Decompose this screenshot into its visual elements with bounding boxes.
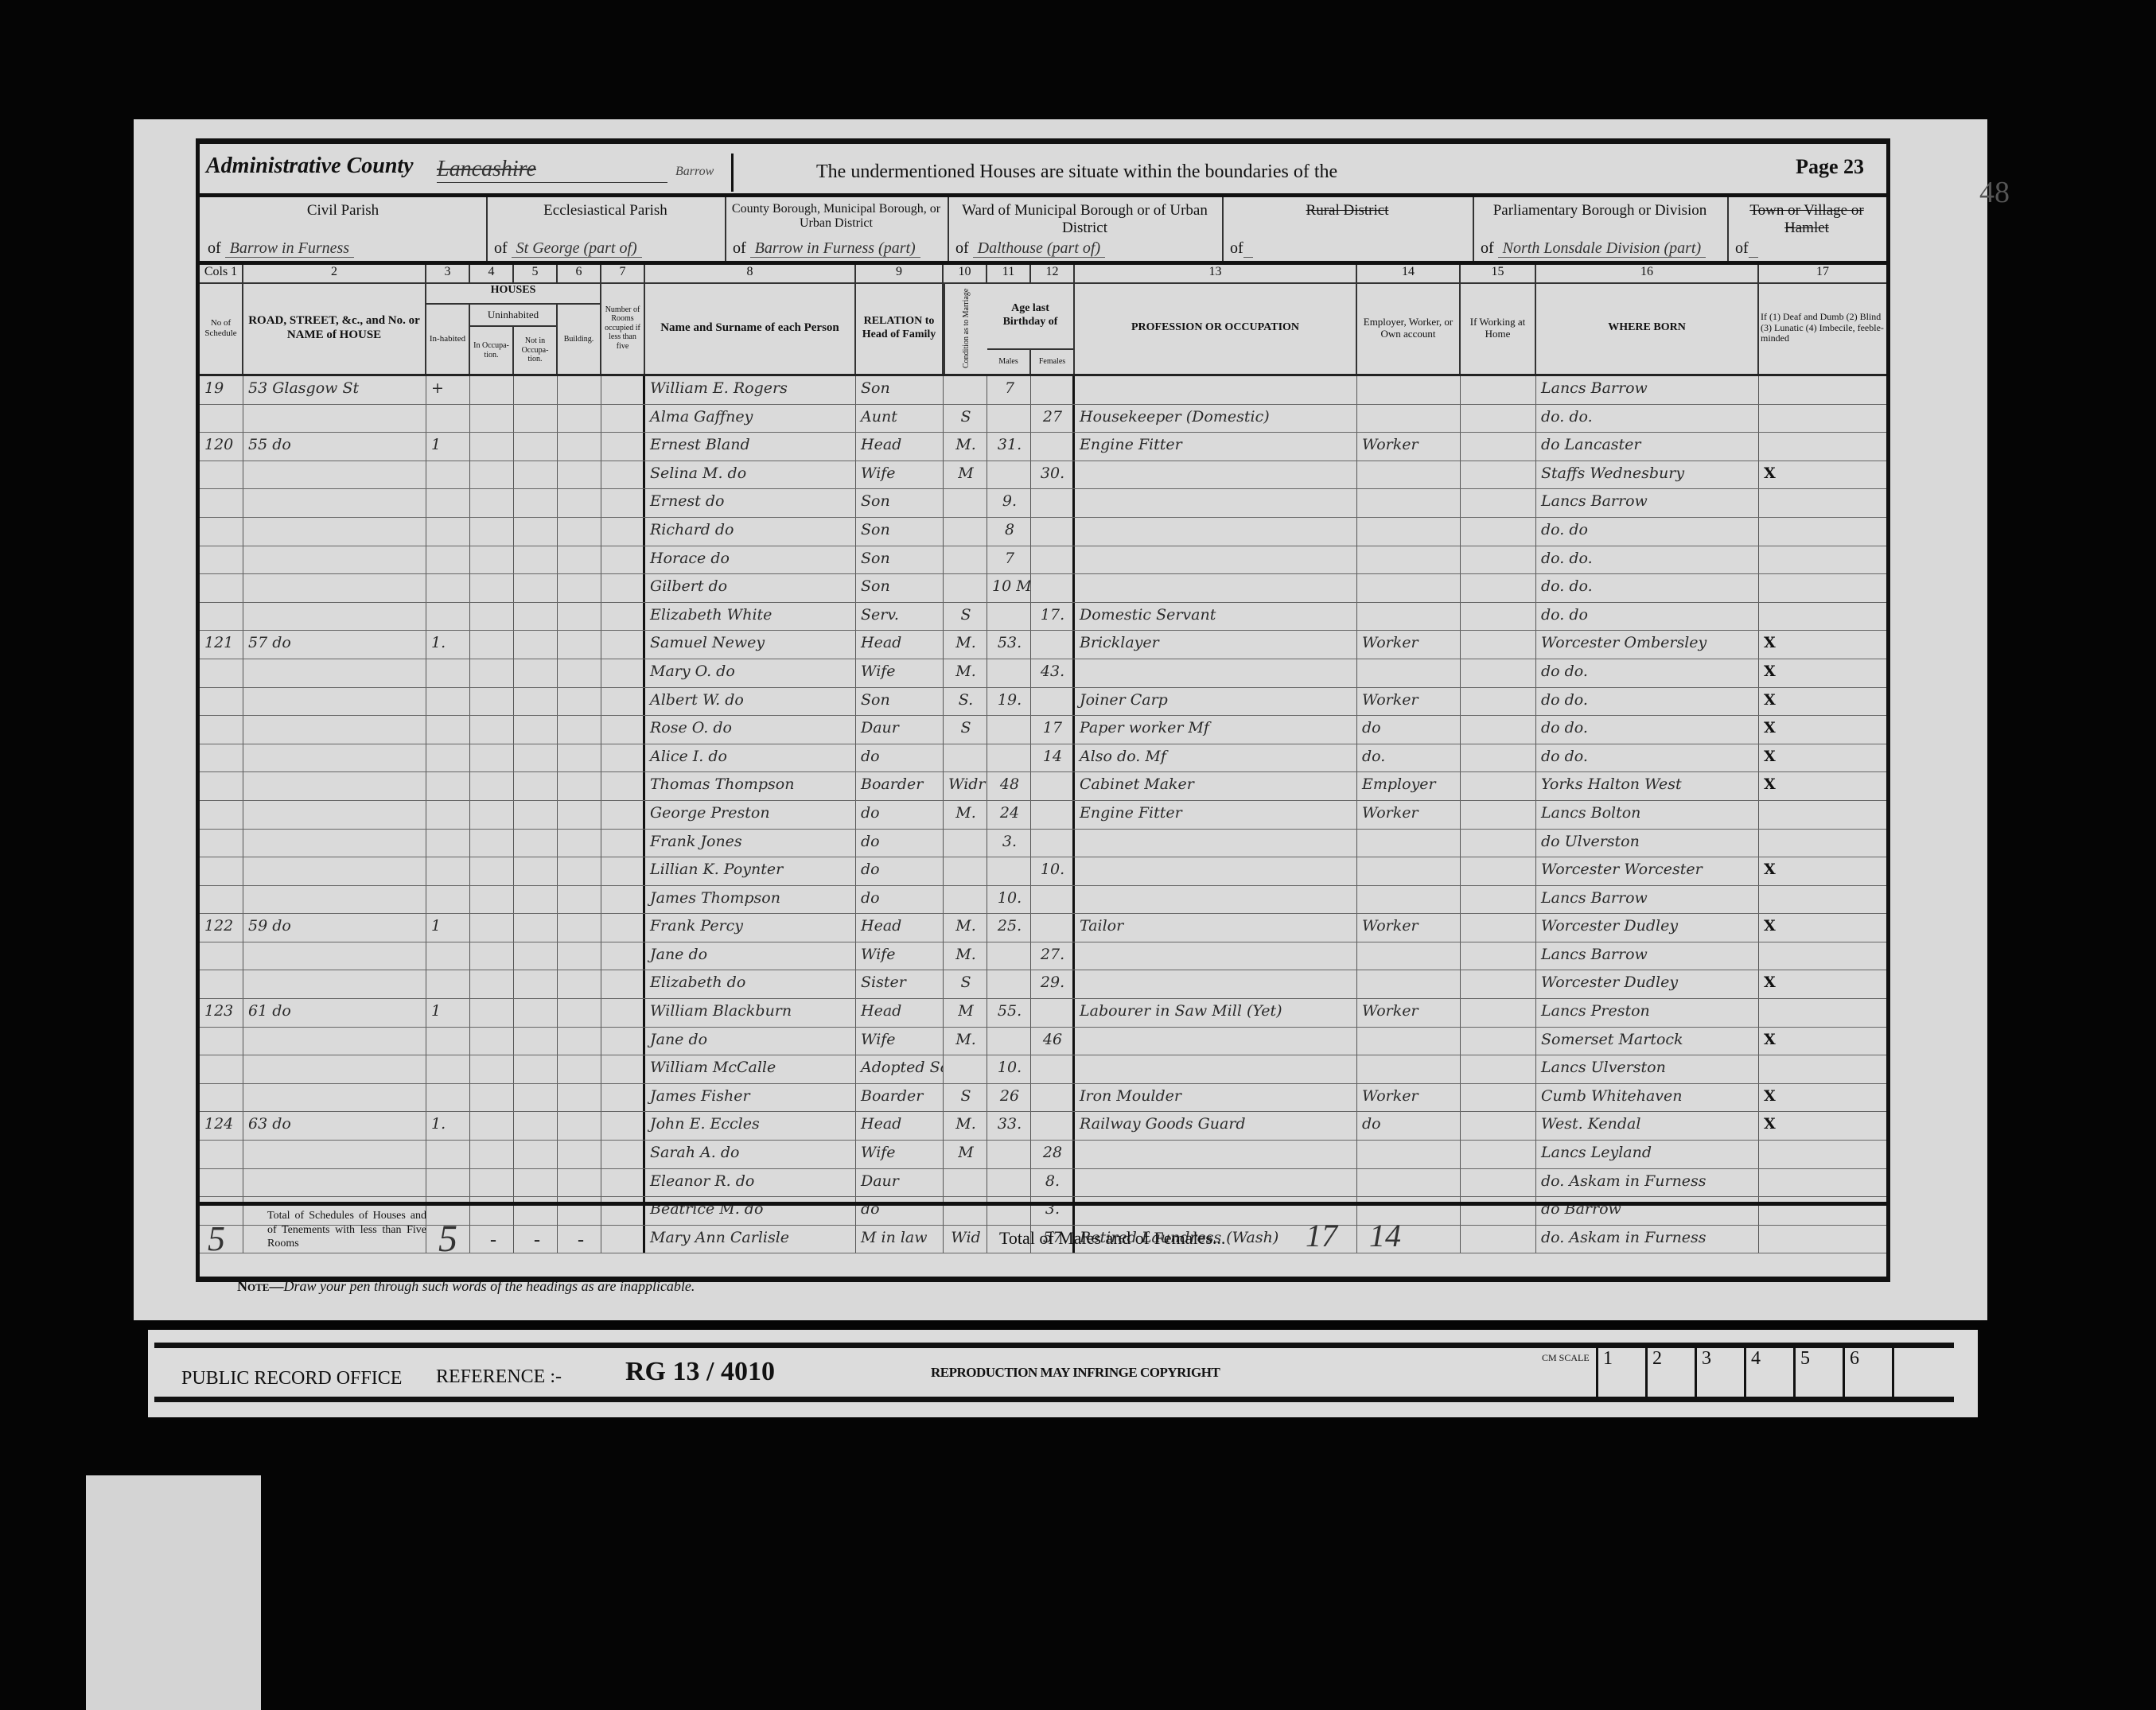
in-occupation-cell [470, 1112, 514, 1140]
rural-district: Rural District of [1222, 197, 1474, 261]
form-note: Note—Draw your pen through such words of… [237, 1278, 695, 1295]
female-age-cell [1031, 1055, 1075, 1083]
inhabited-cell [426, 1141, 470, 1168]
address-cell [243, 830, 426, 857]
infirmity-cell [1759, 886, 1886, 914]
not-in-occupation-cell [514, 631, 558, 659]
rooms-cell [601, 518, 645, 546]
in-occupation-cell [470, 772, 514, 800]
at-home-cell [1461, 405, 1536, 433]
not-in-occupation-cell [514, 1112, 558, 1140]
name-cell: Ernest do [645, 489, 856, 517]
infirmity-cell [1759, 999, 1886, 1027]
at-home-cell [1461, 574, 1536, 602]
name-cell: Mary O. do [645, 659, 856, 687]
at-home-cell [1461, 830, 1536, 857]
in-occupation-cell [470, 970, 514, 998]
relation-cell: Daur [856, 1169, 944, 1197]
at-home-cell [1461, 518, 1536, 546]
at-home-cell [1461, 1141, 1536, 1168]
occupation-cell: Bricklayer [1075, 631, 1357, 659]
birthplace-cell: Lancs Leyland [1536, 1141, 1759, 1168]
address-cell: 59 do [243, 914, 426, 942]
birthplace-cell: do do. [1536, 688, 1759, 716]
rooms-cell [601, 659, 645, 687]
male-age-cell: 7 [987, 376, 1031, 404]
total-males: 17 [1306, 1217, 1337, 1254]
condition-cell: M [944, 1141, 987, 1168]
form-title-row: Administrative County Lancashire Barrow … [200, 144, 1886, 197]
name-cell: Gilbert do [645, 574, 856, 602]
rooms-cell [601, 999, 645, 1027]
at-home-cell [1461, 1084, 1536, 1112]
table-row: Selina M. doWifeM30.Staffs WednesburyX [200, 461, 1886, 490]
female-age-cell: 27. [1031, 942, 1075, 970]
female-age-cell: 27 [1031, 405, 1075, 433]
in-occupation-cell [470, 744, 514, 772]
male-age-cell: 8 [987, 518, 1031, 546]
condition-cell [944, 744, 987, 772]
schedule-cell [200, 857, 243, 885]
at-home-cell [1461, 942, 1536, 970]
birthplace-cell: do. do. [1536, 546, 1759, 574]
in-occupation-cell [470, 659, 514, 687]
address-cell [243, 886, 426, 914]
table-row: Richard doSon8do. do [200, 518, 1886, 546]
at-home-cell [1461, 1112, 1536, 1140]
name-cell: Lillian K. Poynter [645, 857, 856, 885]
at-home-cell [1461, 546, 1536, 574]
not-in-occupation-cell [514, 376, 558, 404]
county-borough-value: Barrow in Furness (part) [750, 239, 920, 258]
infirmity-cell [1759, 1141, 1886, 1168]
table-row: Jane doWifeM.27.Lancs Barrow [200, 942, 1886, 971]
name-cell: Frank Percy [645, 914, 856, 942]
schedule-cell: 19 [200, 376, 243, 404]
building-cell [558, 405, 601, 433]
schedule-cell [200, 801, 243, 829]
relation-cell: Son [856, 546, 944, 574]
address-cell [243, 1028, 426, 1055]
name-cell: Selina M. do [645, 461, 856, 489]
employer-cell [1357, 376, 1461, 404]
relation-cell: Adopted Son [856, 1055, 944, 1083]
female-age-cell: 28 [1031, 1141, 1075, 1168]
not-in-occupation-cell [514, 489, 558, 517]
address-cell [243, 518, 426, 546]
rooms-cell [601, 744, 645, 772]
male-age-cell: 55. [987, 999, 1031, 1027]
inhabited-cell [426, 574, 470, 602]
at-home-cell [1461, 801, 1536, 829]
infirmity-cell: X [1759, 1028, 1886, 1055]
condition-cell [944, 546, 987, 574]
not-in-occupation-cell [514, 433, 558, 461]
occupation-cell [1075, 1028, 1357, 1055]
office-label: PUBLIC RECORD OFFICE [181, 1368, 402, 1389]
building-cell [558, 688, 601, 716]
address-cell [243, 405, 426, 433]
in-occupation-cell [470, 716, 514, 744]
not-in-occupation-cell [514, 801, 558, 829]
archive-reference-strip: PUBLIC RECORD OFFICE REFERENCE :- RG 13 … [148, 1330, 1978, 1417]
schedule-cell [200, 489, 243, 517]
inhabited-cell: 1 [426, 433, 470, 461]
inhabited-cell [426, 744, 470, 772]
inhabited-cell [426, 716, 470, 744]
birthplace-cell: do. do. [1536, 574, 1759, 602]
in-occupation-cell [470, 886, 514, 914]
relation-cell: Wife [856, 1028, 944, 1055]
inhabited-cell [426, 659, 470, 687]
condition-cell: M. [944, 631, 987, 659]
name-cell: Sarah A. do [645, 1141, 856, 1168]
employer-cell [1357, 830, 1461, 857]
occupation-cell: Joiner Carp [1075, 688, 1357, 716]
schedule-cell [200, 942, 243, 970]
at-home-cell [1461, 716, 1536, 744]
at-home-cell [1461, 886, 1536, 914]
reference-label: REFERENCE :- [436, 1366, 562, 1388]
not-in-occupation-cell [514, 659, 558, 687]
occupation-cell [1075, 461, 1357, 489]
rooms-cell [601, 830, 645, 857]
table-row: 1953 Glasgow St+William E. RogersSon7Lan… [200, 376, 1886, 405]
table-row: 12259 do1Frank PercyHeadM.25.TailorWorke… [200, 914, 1886, 942]
birthplace-cell: Lancs Bolton [1536, 801, 1759, 829]
schedule-cell [200, 772, 243, 800]
relation-cell: Son [856, 574, 944, 602]
not-in-occupation-cell [514, 999, 558, 1027]
total-not-in-occupation: - [534, 1230, 540, 1251]
relation-cell: do [856, 857, 944, 885]
not-in-occupation-cell [514, 744, 558, 772]
totals-row: 5 Total of Schedules of Houses and of Te… [200, 1202, 1886, 1276]
birthplace-cell: Worcester Worcester [1536, 857, 1759, 885]
at-home-cell [1461, 914, 1536, 942]
administrative-county: Administrative County Lancashire Barrow [206, 154, 734, 192]
rooms-cell [601, 716, 645, 744]
birthplace-cell: Yorks Halton West [1536, 772, 1759, 800]
name-cell: Samuel Newey [645, 631, 856, 659]
occupation-cell: Domestic Servant [1075, 603, 1357, 631]
relation-cell: Son [856, 489, 944, 517]
female-age-cell: 46 [1031, 1028, 1075, 1055]
occupation-cell: Labourer in Saw Mill (Yet) [1075, 999, 1357, 1027]
table-row: Elizabeth doSisterS29.Worcester DudleyX [200, 970, 1886, 999]
schedule-cell: 120 [200, 433, 243, 461]
address-cell [243, 574, 426, 602]
not-in-occupation-cell [514, 1169, 558, 1197]
female-age-cell [1031, 631, 1075, 659]
occupation-cell [1075, 830, 1357, 857]
occupation-cell [1075, 970, 1357, 998]
address-cell: 61 do [243, 999, 426, 1027]
building-cell [558, 716, 601, 744]
relation-cell: Sister [856, 970, 944, 998]
schedule-cell [200, 688, 243, 716]
in-occupation-cell [470, 461, 514, 489]
building-cell [558, 603, 601, 631]
birthplace-cell: Lancs Barrow [1536, 376, 1759, 404]
building-cell [558, 886, 601, 914]
building-cell [558, 489, 601, 517]
relation-cell: Son [856, 376, 944, 404]
in-occupation-cell [470, 801, 514, 829]
schedule-cell [200, 1141, 243, 1168]
rooms-cell [601, 970, 645, 998]
birthplace-cell: Staffs Wednesbury [1536, 461, 1759, 489]
civil-parish-value: Barrow in Furness [225, 239, 354, 258]
employer-cell [1357, 461, 1461, 489]
building-cell [558, 659, 601, 687]
occupation-cell [1075, 1055, 1357, 1083]
schedule-cell [200, 970, 243, 998]
table-row: Alma GaffneyAuntS27Housekeeper (Domestic… [200, 405, 1886, 433]
not-in-occupation-cell [514, 857, 558, 885]
male-age-cell: 10. [987, 1055, 1031, 1083]
schedule-cell: 121 [200, 631, 243, 659]
table-row: Alice I. dodo14Also do. Mfdo.do do.X [200, 744, 1886, 773]
female-age-cell [1031, 546, 1075, 574]
administrative-county-label: Administrative County [206, 154, 414, 178]
administrative-county-value: Lancashire [437, 157, 667, 183]
reference-number: RG 13 / 4010 [625, 1357, 775, 1387]
table-row: Frank Jonesdo3.do Ulverston [200, 830, 1886, 858]
condition-cell [944, 376, 987, 404]
table-row: George PrestondoM.24Engine FitterWorkerL… [200, 801, 1886, 830]
occupation-cell [1075, 886, 1357, 914]
male-age-cell [987, 857, 1031, 885]
birthplace-cell: do do. [1536, 659, 1759, 687]
employer-cell: do. [1357, 744, 1461, 772]
birthplace-cell: Lancs Ulverston [1536, 1055, 1759, 1083]
infirmity-cell [1759, 405, 1886, 433]
condition-cell: M. [944, 1028, 987, 1055]
at-home-cell [1461, 461, 1536, 489]
total-males-females-label: Total of Males and of Females... [999, 1228, 1225, 1249]
employer-cell [1357, 489, 1461, 517]
infirmity-cell: X [1759, 857, 1886, 885]
inhabited-cell [426, 801, 470, 829]
female-age-cell: 29. [1031, 970, 1075, 998]
not-in-occupation-cell [514, 886, 558, 914]
in-occupation-cell [470, 574, 514, 602]
birthplace-cell: West. Kendal [1536, 1112, 1759, 1140]
name-cell: Elizabeth White [645, 603, 856, 631]
employer-cell [1357, 1169, 1461, 1197]
at-home-cell [1461, 1028, 1536, 1055]
relation-cell: Serv. [856, 603, 944, 631]
inhabited-cell [426, 1084, 470, 1112]
in-occupation-cell [470, 942, 514, 970]
rooms-cell [601, 1084, 645, 1112]
table-row: 12463 do1.John E. EcclesHeadM.33.Railway… [200, 1112, 1886, 1141]
infirmity-cell: X [1759, 772, 1886, 800]
area-header-row: Civil Parish of Barrow in Furness Eccles… [200, 197, 1886, 265]
rooms-cell [601, 1169, 645, 1197]
condition-cell: S [944, 970, 987, 998]
occupation-cell [1075, 942, 1357, 970]
infirmity-cell [1759, 489, 1886, 517]
female-age-cell: 43. [1031, 659, 1075, 687]
name-cell: Albert W. do [645, 688, 856, 716]
inhabited-cell: 1. [426, 631, 470, 659]
male-age-cell: 3. [987, 830, 1031, 857]
female-age-cell [1031, 772, 1075, 800]
address-cell [243, 942, 426, 970]
table-row: James FisherBoarderS26Iron MoulderWorker… [200, 1084, 1886, 1113]
relation-cell: Wife [856, 461, 944, 489]
schedule-cell [200, 546, 243, 574]
inhabited-cell [426, 405, 470, 433]
employer-cell [1357, 1028, 1461, 1055]
condition-cell [944, 518, 987, 546]
not-in-occupation-cell [514, 970, 558, 998]
not-in-occupation-cell [514, 518, 558, 546]
census-sheet: 48 Administrative County Lancashire Barr… [134, 119, 1987, 1320]
birthplace-cell: Cumb Whitehaven [1536, 1084, 1759, 1112]
employer-cell [1357, 405, 1461, 433]
employer-cell [1357, 857, 1461, 885]
building-cell [558, 1028, 601, 1055]
birthplace-cell: do do. [1536, 716, 1759, 744]
total-building: - [578, 1230, 584, 1251]
address-cell [243, 716, 426, 744]
rooms-cell [601, 772, 645, 800]
not-in-occupation-cell [514, 914, 558, 942]
infirmity-cell [1759, 376, 1886, 404]
infirmity-cell [1759, 801, 1886, 829]
condition-cell: S [944, 1084, 987, 1112]
scale-mark: 1 [1596, 1348, 1645, 1397]
name-cell: William E. Rogers [645, 376, 856, 404]
female-age-cell [1031, 574, 1075, 602]
schedule-cell: 123 [200, 999, 243, 1027]
schedule-cell [200, 1055, 243, 1083]
table-row: William McCalleAdopted Son10.Lancs Ulver… [200, 1055, 1886, 1084]
occupation-cell: Engine Fitter [1075, 433, 1357, 461]
schedule-cell [200, 659, 243, 687]
relation-cell: do [856, 744, 944, 772]
birthplace-cell: do Lancaster [1536, 433, 1759, 461]
male-age-cell [987, 405, 1031, 433]
male-age-cell: 9. [987, 489, 1031, 517]
relation-cell: Son [856, 518, 944, 546]
occupation-cell [1075, 376, 1357, 404]
infirmity-cell [1759, 1055, 1886, 1083]
birthplace-cell: do do. [1536, 744, 1759, 772]
condition-cell: M. [944, 433, 987, 461]
total-in-occupation: - [490, 1230, 496, 1251]
county-borough: County Borough, Municipal Borough, or Ur… [725, 197, 949, 261]
address-cell [243, 461, 426, 489]
occupation-cell: Engine Fitter [1075, 801, 1357, 829]
birthplace-cell: Worcester Dudley [1536, 970, 1759, 998]
inhabited-cell [426, 942, 470, 970]
rooms-cell [601, 574, 645, 602]
address-cell [243, 801, 426, 829]
condition-cell [944, 857, 987, 885]
inhabited-cell [426, 1055, 470, 1083]
not-in-occupation-cell [514, 688, 558, 716]
not-in-occupation-cell [514, 461, 558, 489]
in-occupation-cell [470, 603, 514, 631]
infirmity-cell [1759, 546, 1886, 574]
in-occupation-cell [470, 1055, 514, 1083]
address-cell [243, 546, 426, 574]
address-cell [243, 1169, 426, 1197]
rooms-cell [601, 631, 645, 659]
occupation-cell [1075, 489, 1357, 517]
inhabited-cell [426, 1169, 470, 1197]
name-cell: Eleanor R. do [645, 1169, 856, 1197]
male-age-cell: 26 [987, 1084, 1031, 1112]
at-home-cell [1461, 659, 1536, 687]
building-cell [558, 1141, 601, 1168]
address-cell [243, 603, 426, 631]
at-home-cell [1461, 1055, 1536, 1083]
inhabited-cell: 1 [426, 914, 470, 942]
relation-cell: Wife [856, 942, 944, 970]
building-cell [558, 999, 601, 1027]
census-entries: 1953 Glasgow St+William E. RogersSon7Lan… [200, 376, 1886, 1253]
female-age-cell: 10. [1031, 857, 1075, 885]
infirmity-cell: X [1759, 716, 1886, 744]
employer-cell: Worker [1357, 999, 1461, 1027]
not-in-occupation-cell [514, 574, 558, 602]
relation-cell: do [856, 886, 944, 914]
schedule-cell: 122 [200, 914, 243, 942]
occupation-cell: Iron Moulder [1075, 1084, 1357, 1112]
occupation-cell [1075, 857, 1357, 885]
rooms-cell [601, 1028, 645, 1055]
inhabited-cell [426, 886, 470, 914]
town-value [1749, 239, 1758, 258]
table-row: Albert W. doSonS.19.Joiner CarpWorkerdo … [200, 688, 1886, 717]
relation-cell: Head [856, 433, 944, 461]
building-cell [558, 433, 601, 461]
building-cell [558, 376, 601, 404]
name-cell: James Fisher [645, 1084, 856, 1112]
schedule-cell [200, 744, 243, 772]
in-occupation-cell [470, 857, 514, 885]
relation-cell: Boarder [856, 1084, 944, 1112]
employer-cell [1357, 574, 1461, 602]
inhabited-cell [426, 1028, 470, 1055]
condition-cell [944, 886, 987, 914]
divider [154, 1343, 1954, 1348]
in-occupation-cell [470, 1028, 514, 1055]
relation-cell: Wife [856, 1141, 944, 1168]
ward-value: Dalthouse (part of) [973, 239, 1105, 258]
birthplace-cell: do. Askam in Furness [1536, 1169, 1759, 1197]
employer-cell [1357, 1055, 1461, 1083]
not-in-occupation-cell [514, 1028, 558, 1055]
scale-mark: 6 [1843, 1348, 1892, 1397]
male-age-cell [987, 1141, 1031, 1168]
occupation-cell [1075, 546, 1357, 574]
table-row: Eleanor R. doDaur8.do. Askam in Furness [200, 1169, 1886, 1198]
total-females: 14 [1369, 1217, 1401, 1254]
blank-card [86, 1475, 261, 1710]
total-schedules: 5 [208, 1218, 225, 1259]
male-age-cell [987, 461, 1031, 489]
male-age-cell [987, 744, 1031, 772]
not-in-occupation-cell [514, 942, 558, 970]
address-cell [243, 659, 426, 687]
building-cell [558, 518, 601, 546]
